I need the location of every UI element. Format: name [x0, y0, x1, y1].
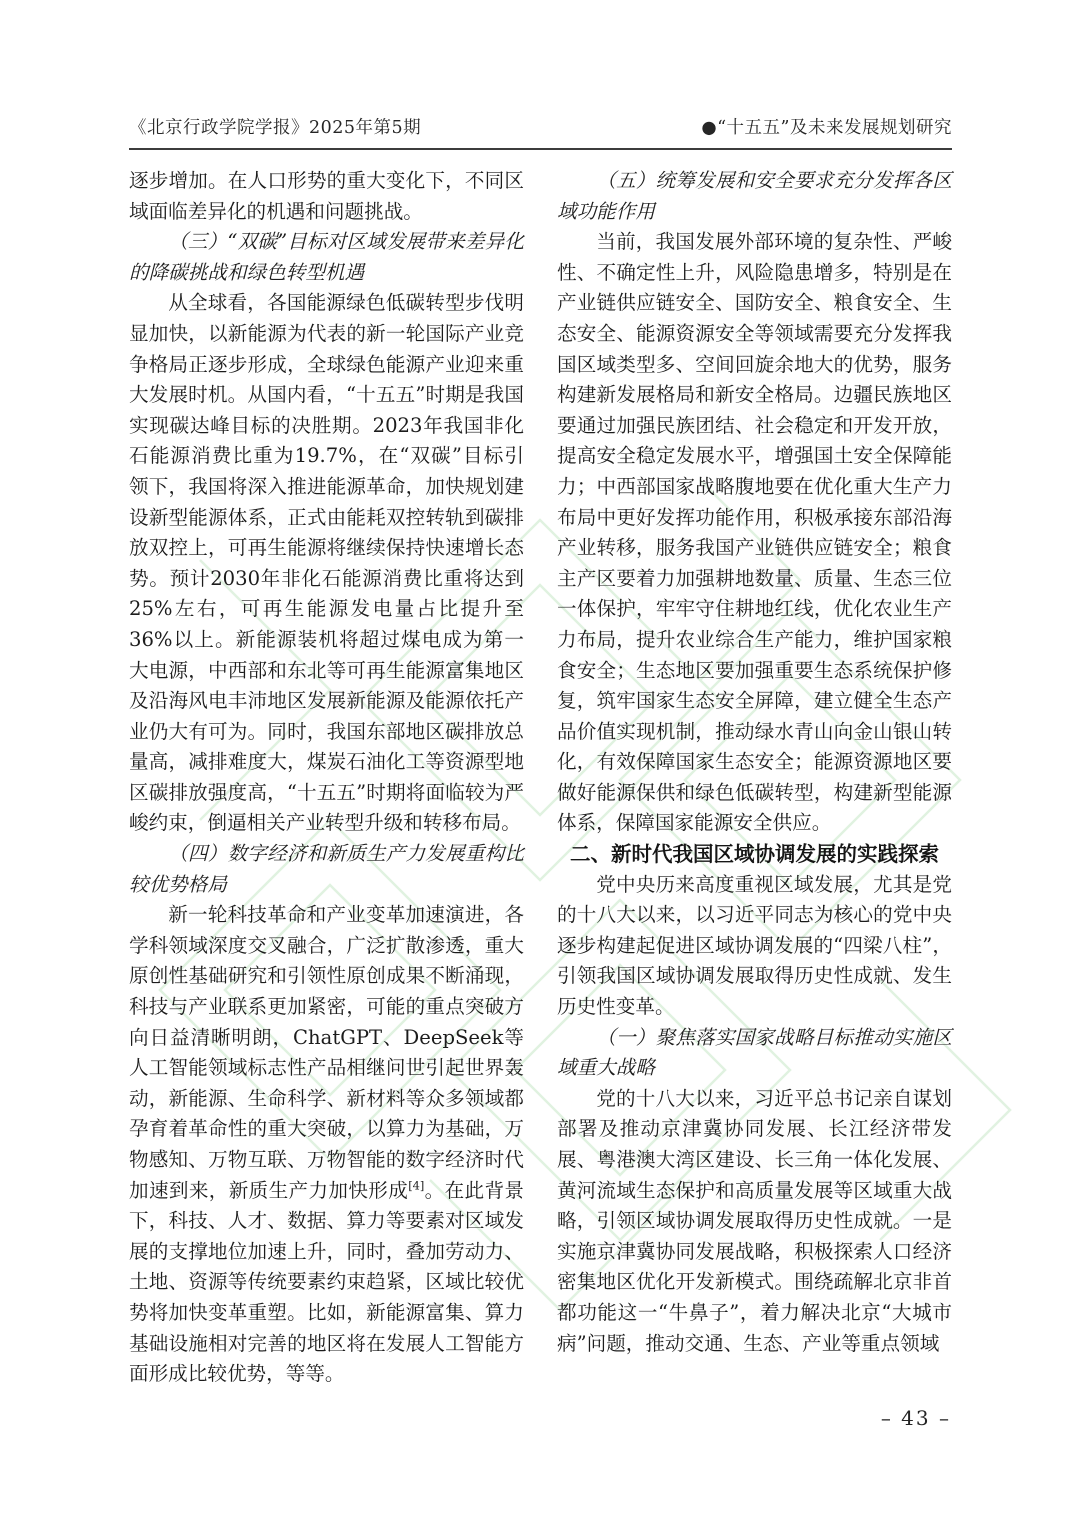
article-body: 逐步增加。在人口形势的重大变化下，不同区域面临差异化的机遇和问题挑战。 （三）“… [129, 166, 952, 1390]
left-column: 逐步增加。在人口形势的重大变化下，不同区域面临差异化的机遇和问题挑战。 （三）“… [129, 166, 524, 1390]
subheading-four: （四）数字经济和新质生产力发展重构比较优势格局 [129, 839, 524, 900]
paragraph-party-central: 党中央历来高度重视区域发展，尤其是党的十八大以来，以习近平同志为核心的党中央逐步… [557, 870, 952, 1023]
page-number: – 43 – [881, 1406, 951, 1430]
journal-title: 《北京行政学院学报》2025年第5期 [129, 114, 421, 139]
paragraph-dual-carbon: 从全球看，各国能源绿色低碳转型步伐明显加快，以新能源为代表的新一轮国际产业竞争格… [129, 288, 524, 839]
subheading-three: （三）“双碳”目标对区域发展带来差异化的降碳挑战和绿色转型机遇 [129, 227, 524, 288]
subheading-one: （一）聚焦落实国家战略目标推动实施区域重大战略 [557, 1023, 952, 1084]
header-rule [129, 148, 952, 150]
section-heading-two: 二、新时代我国区域协调发展的实践探索 [557, 839, 952, 870]
paragraph-text-after-footnote: 。在此背景下，科技、人才、数据、算力等要素对区域发展的支撑地位加速上升，同时，叠… [129, 1179, 524, 1386]
paragraph-digital-economy: 新一轮科技革命和产业变革加速演进，各学科领域深度交叉融合，广泛扩散渗透，重大原创… [129, 900, 524, 1390]
page-content: 《北京行政学院学报》2025年第5期 ●“十五五”及未来发展规划研究 逐步增加。… [129, 0, 952, 1390]
paragraph-text-before-footnote: 新一轮科技革命和产业变革加速演进，各学科领域深度交叉融合，广泛扩散渗透，重大原创… [129, 903, 524, 1201]
right-column: （五）统筹发展和安全要求充分发挥各区域功能作用 当前，我国发展外部环境的复杂性、… [557, 166, 952, 1390]
issue-topic: ●“十五五”及未来发展规划研究 [701, 114, 952, 139]
paragraph-regional-strategies: 党的十八大以来，习近平总书记亲自谋划部署及推动京津冀协同发展、长江经济带发展、粤… [557, 1084, 952, 1359]
journal-page: 《北京行政学院学报》2025年第5期 ●“十五五”及未来发展规划研究 逐步增加。… [0, 0, 1080, 1516]
paragraph-continuation: 逐步增加。在人口形势的重大变化下，不同区域面临差异化的机遇和问题挑战。 [129, 166, 524, 227]
subheading-five: （五）统筹发展和安全要求充分发挥各区域功能作用 [557, 166, 952, 227]
paragraph-security: 当前，我国发展外部环境的复杂性、严峻性、不确定性上升，风险隐患增多，特别是在产业… [557, 227, 952, 839]
page-header: 《北京行政学院学报》2025年第5期 ●“十五五”及未来发展规划研究 [129, 114, 952, 139]
footnote-marker: [4] [408, 1178, 424, 1192]
page-footer: – 43 – [881, 1406, 951, 1430]
